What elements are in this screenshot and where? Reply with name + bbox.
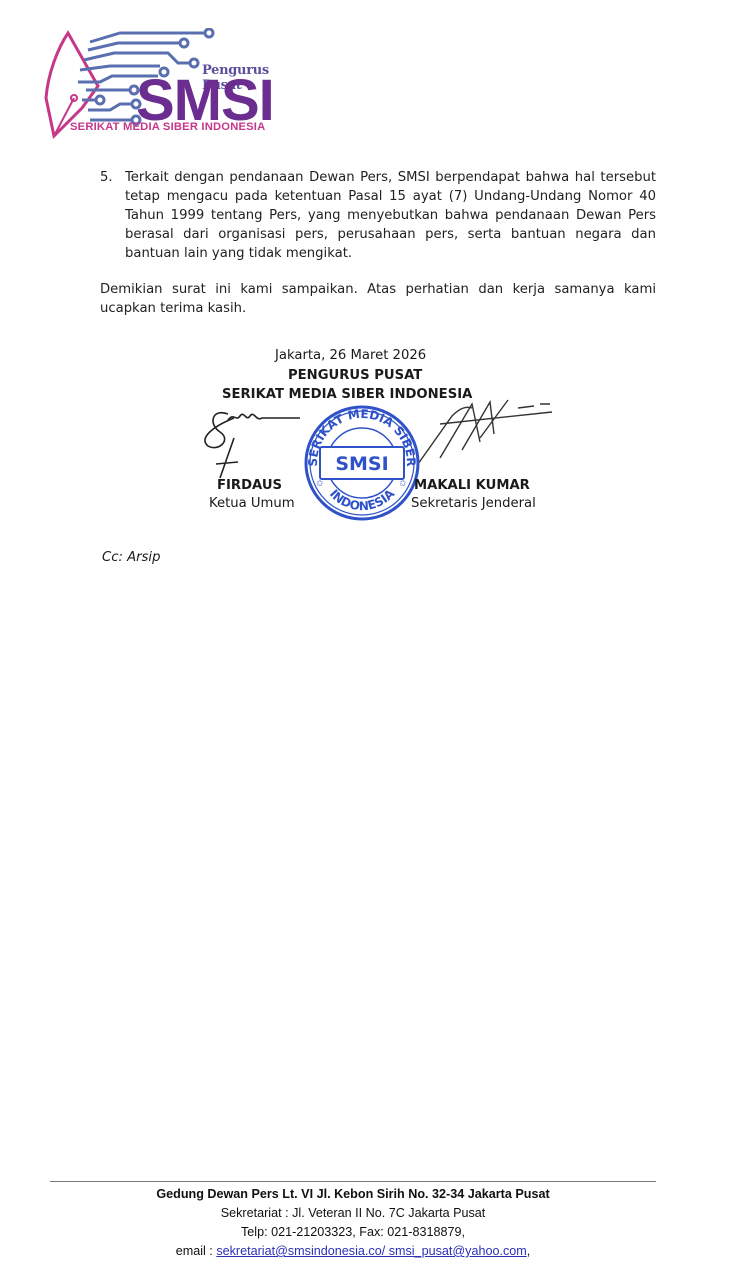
svg-text:SMSI: SMSI [335,453,388,475]
signatory-name-2: MAKALI KUMAR [414,478,530,493]
point-text: Terkait dengan pendanaan Dewan Pers, SMS… [125,170,656,261]
signature-block: Jakarta, 26 Maret 2026 PENGURUS PUSAT SE… [190,346,570,536]
footer-secretariat: Sekretariat : Jl. Veteran II No. 7C Jaka… [50,1204,656,1223]
point-number: 5. [100,168,113,187]
email-label: email : [176,1244,217,1258]
numbered-point: 5. Terkait dengan pendanaan Dewan Pers, … [100,168,656,263]
letter-footer: Gedung Dewan Pers Lt. VI Jl. Kebon Sirih… [50,1185,656,1261]
letter-body: 5. Terkait dengan pendanaan Dewan Pers, … [100,168,656,318]
logo-org-name: SERIKAT MEDIA SIBER INDONESIA [70,121,265,133]
signature-firdaus-icon [205,413,300,478]
svg-text:✩: ✩ [316,479,324,489]
footer-divider [50,1181,656,1182]
footer-phone: Telp: 021-21203323, Fax: 021-8318879, [50,1223,656,1242]
footer-address: Gedung Dewan Pers Lt. VI Jl. Kebon Sirih… [50,1185,656,1204]
email-suffix: , [527,1244,531,1258]
smsi-logo: Pengurus Pusat SMSI SERIKAT MEDIA SIBER … [40,28,290,143]
signatory-name-1: FIRDAUS [217,478,282,493]
signatory-title-1: Ketua Umum [209,496,295,511]
footer-email-line: email : sekretariat@smsindonesia.co/ sms… [50,1242,656,1261]
carbon-copy: Cc: Arsip [102,550,160,565]
signatory-title-2: Sekretaris Jenderal [411,496,536,511]
email-links[interactable]: sekretariat@smsindonesia.co/ smsi_pusat@… [216,1244,526,1258]
smsi-stamp-icon: SERIKAT MEDIA SIBER INDONESIA SMSI ✩ ✩ [306,407,418,519]
signature-makali-icon [418,400,552,464]
svg-text:✩: ✩ [399,479,407,489]
closing-paragraph: Demikian surat ini kami sampaikan. Atas … [100,280,656,318]
